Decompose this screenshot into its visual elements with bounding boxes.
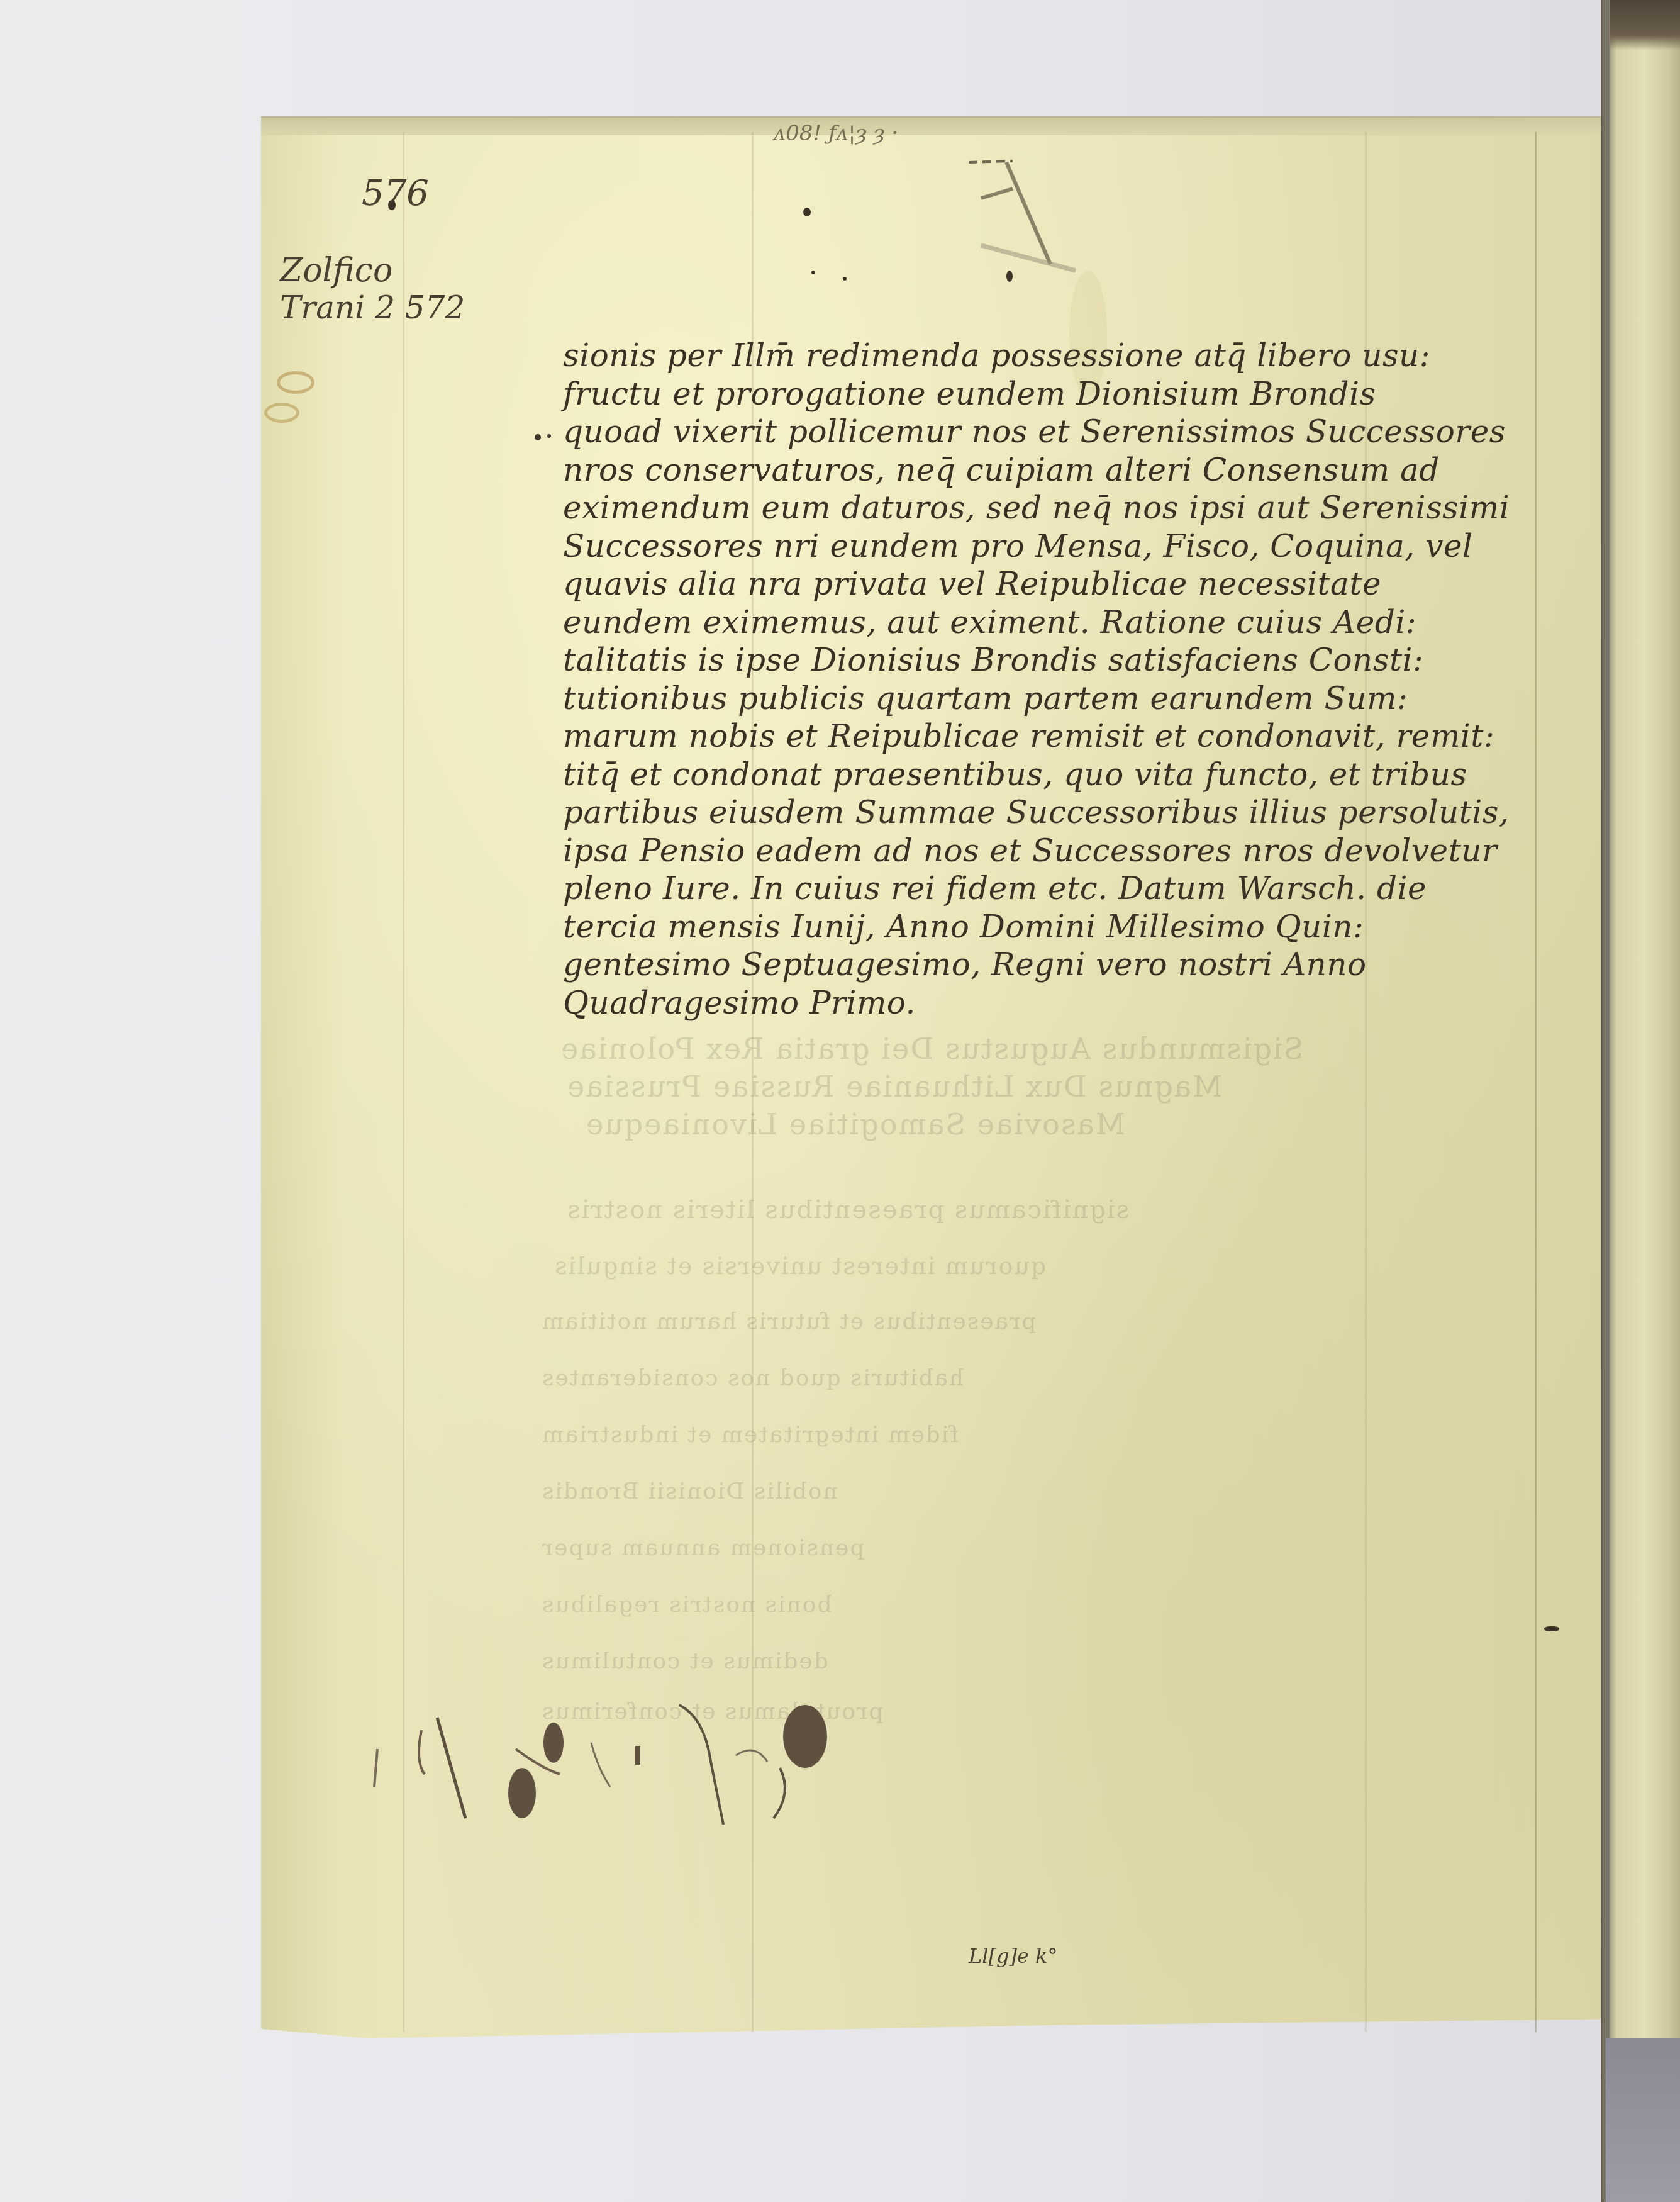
- text-line: tutionibus publicis quartam partem earun…: [563, 679, 1569, 718]
- bleed-through-text: pensionem annuam super: [541, 1535, 865, 1561]
- folio-number: 576: [362, 173, 429, 214]
- binding-gutter-line: [1606, 0, 1610, 2202]
- pencil-mark: [969, 157, 1082, 277]
- text-line: ipsa Pensio eadem ad nos et Successores …: [563, 832, 1569, 870]
- text-line: Successores nri eundem pro Mensa, Fisco,…: [563, 527, 1569, 566]
- bleed-through-text: Masoviae Samogitiae Livoniaeque: [585, 1107, 1125, 1141]
- text-line: quoad vixerit pollicemur nos et Sereniss…: [563, 413, 1569, 451]
- top-annotation: ᴧ08! ƒᴧ¦ȝ ȝ ·: [774, 121, 898, 146]
- bleed-through-text: fidem integritatem et industriam: [541, 1422, 959, 1448]
- text-line: marum nobis et Reipublicae remisit et co…: [563, 717, 1569, 756]
- text-line: Quadragesimo Primo.: [563, 984, 1569, 1022]
- text-line: tercia mensis Iunij, Anno Domini Millesi…: [563, 908, 1569, 946]
- ink-dot: [388, 200, 396, 210]
- bleed-through-text: Magnus Dux Lithuaniae Russiae Prussiae: [566, 1070, 1222, 1104]
- text-line: nros conservaturos, neq̄ cuipiam alteri …: [563, 451, 1569, 489]
- bottom-annotation: Ll[g]e k°: [969, 1944, 1057, 1968]
- ink-dot: [1544, 1626, 1559, 1631]
- ink-dot: [535, 434, 541, 440]
- text-line: pleno Iure. In cuius rei fidem etc. Datu…: [563, 869, 1569, 908]
- book-binding-edge: [1601, 0, 1680, 2202]
- text-line: eundem eximemus, aut eximent. Ratione cu…: [563, 603, 1569, 642]
- text-line: talitatis is ipse Dionisius Brondis sati…: [563, 641, 1569, 679]
- text-line: gentesimo Septuagesimo, Regni vero nostr…: [563, 946, 1569, 984]
- text-line: sionis per Illm̄ redimenda possessione a…: [563, 337, 1569, 375]
- text-line: fructu et prorogatione eundem Dionisium …: [563, 375, 1569, 413]
- bleed-through-text: Sigismundus Augustus Dei gratia Rex Polo…: [560, 1032, 1303, 1066]
- text-line: partibus eiusdem Summae Successoribus il…: [563, 793, 1569, 832]
- bleed-through-text: significamus praesentibus literis nostri…: [566, 1195, 1129, 1224]
- bleed-through-text: praesentibus et futuris harum notitiam: [541, 1309, 1036, 1334]
- leaf-top-edge: [261, 116, 1601, 135]
- ink-dot: [547, 434, 551, 438]
- bleed-through-text: nobilis Dionisii Brondis: [541, 1478, 838, 1504]
- bleed-through-text: bonis nostris regalibus: [541, 1592, 832, 1618]
- binding-leather-top: [1610, 0, 1680, 50]
- stain: [264, 403, 299, 423]
- text-line: titq̄ et condonat praesentibus, quo vita…: [563, 756, 1569, 794]
- text-line: eximendum eum daturos, sed neq̄ nos ipsi…: [563, 489, 1569, 527]
- ink-dot: [803, 208, 811, 216]
- document-body: sionis per Illm̄ redimenda possessione a…: [563, 337, 1569, 1022]
- binding-bottom-shadow: [1606, 2038, 1680, 2202]
- margin-note-line-2: Trani 2 572: [280, 289, 465, 326]
- ink-dot: [1006, 271, 1013, 282]
- bleed-through-text: quorum interest universis et singulis: [554, 1252, 1046, 1280]
- signature-scrawl: [371, 1667, 1189, 1825]
- bleed-through-text: habituris quod nos considerantes: [541, 1365, 964, 1391]
- stain: [277, 371, 314, 394]
- ink-dot: [811, 271, 815, 274]
- ink-dot: [843, 277, 847, 281]
- margin-note-line-1: Zolfico: [280, 252, 392, 289]
- text-line: quavis alia nra privata vel Reipublicae …: [563, 565, 1569, 603]
